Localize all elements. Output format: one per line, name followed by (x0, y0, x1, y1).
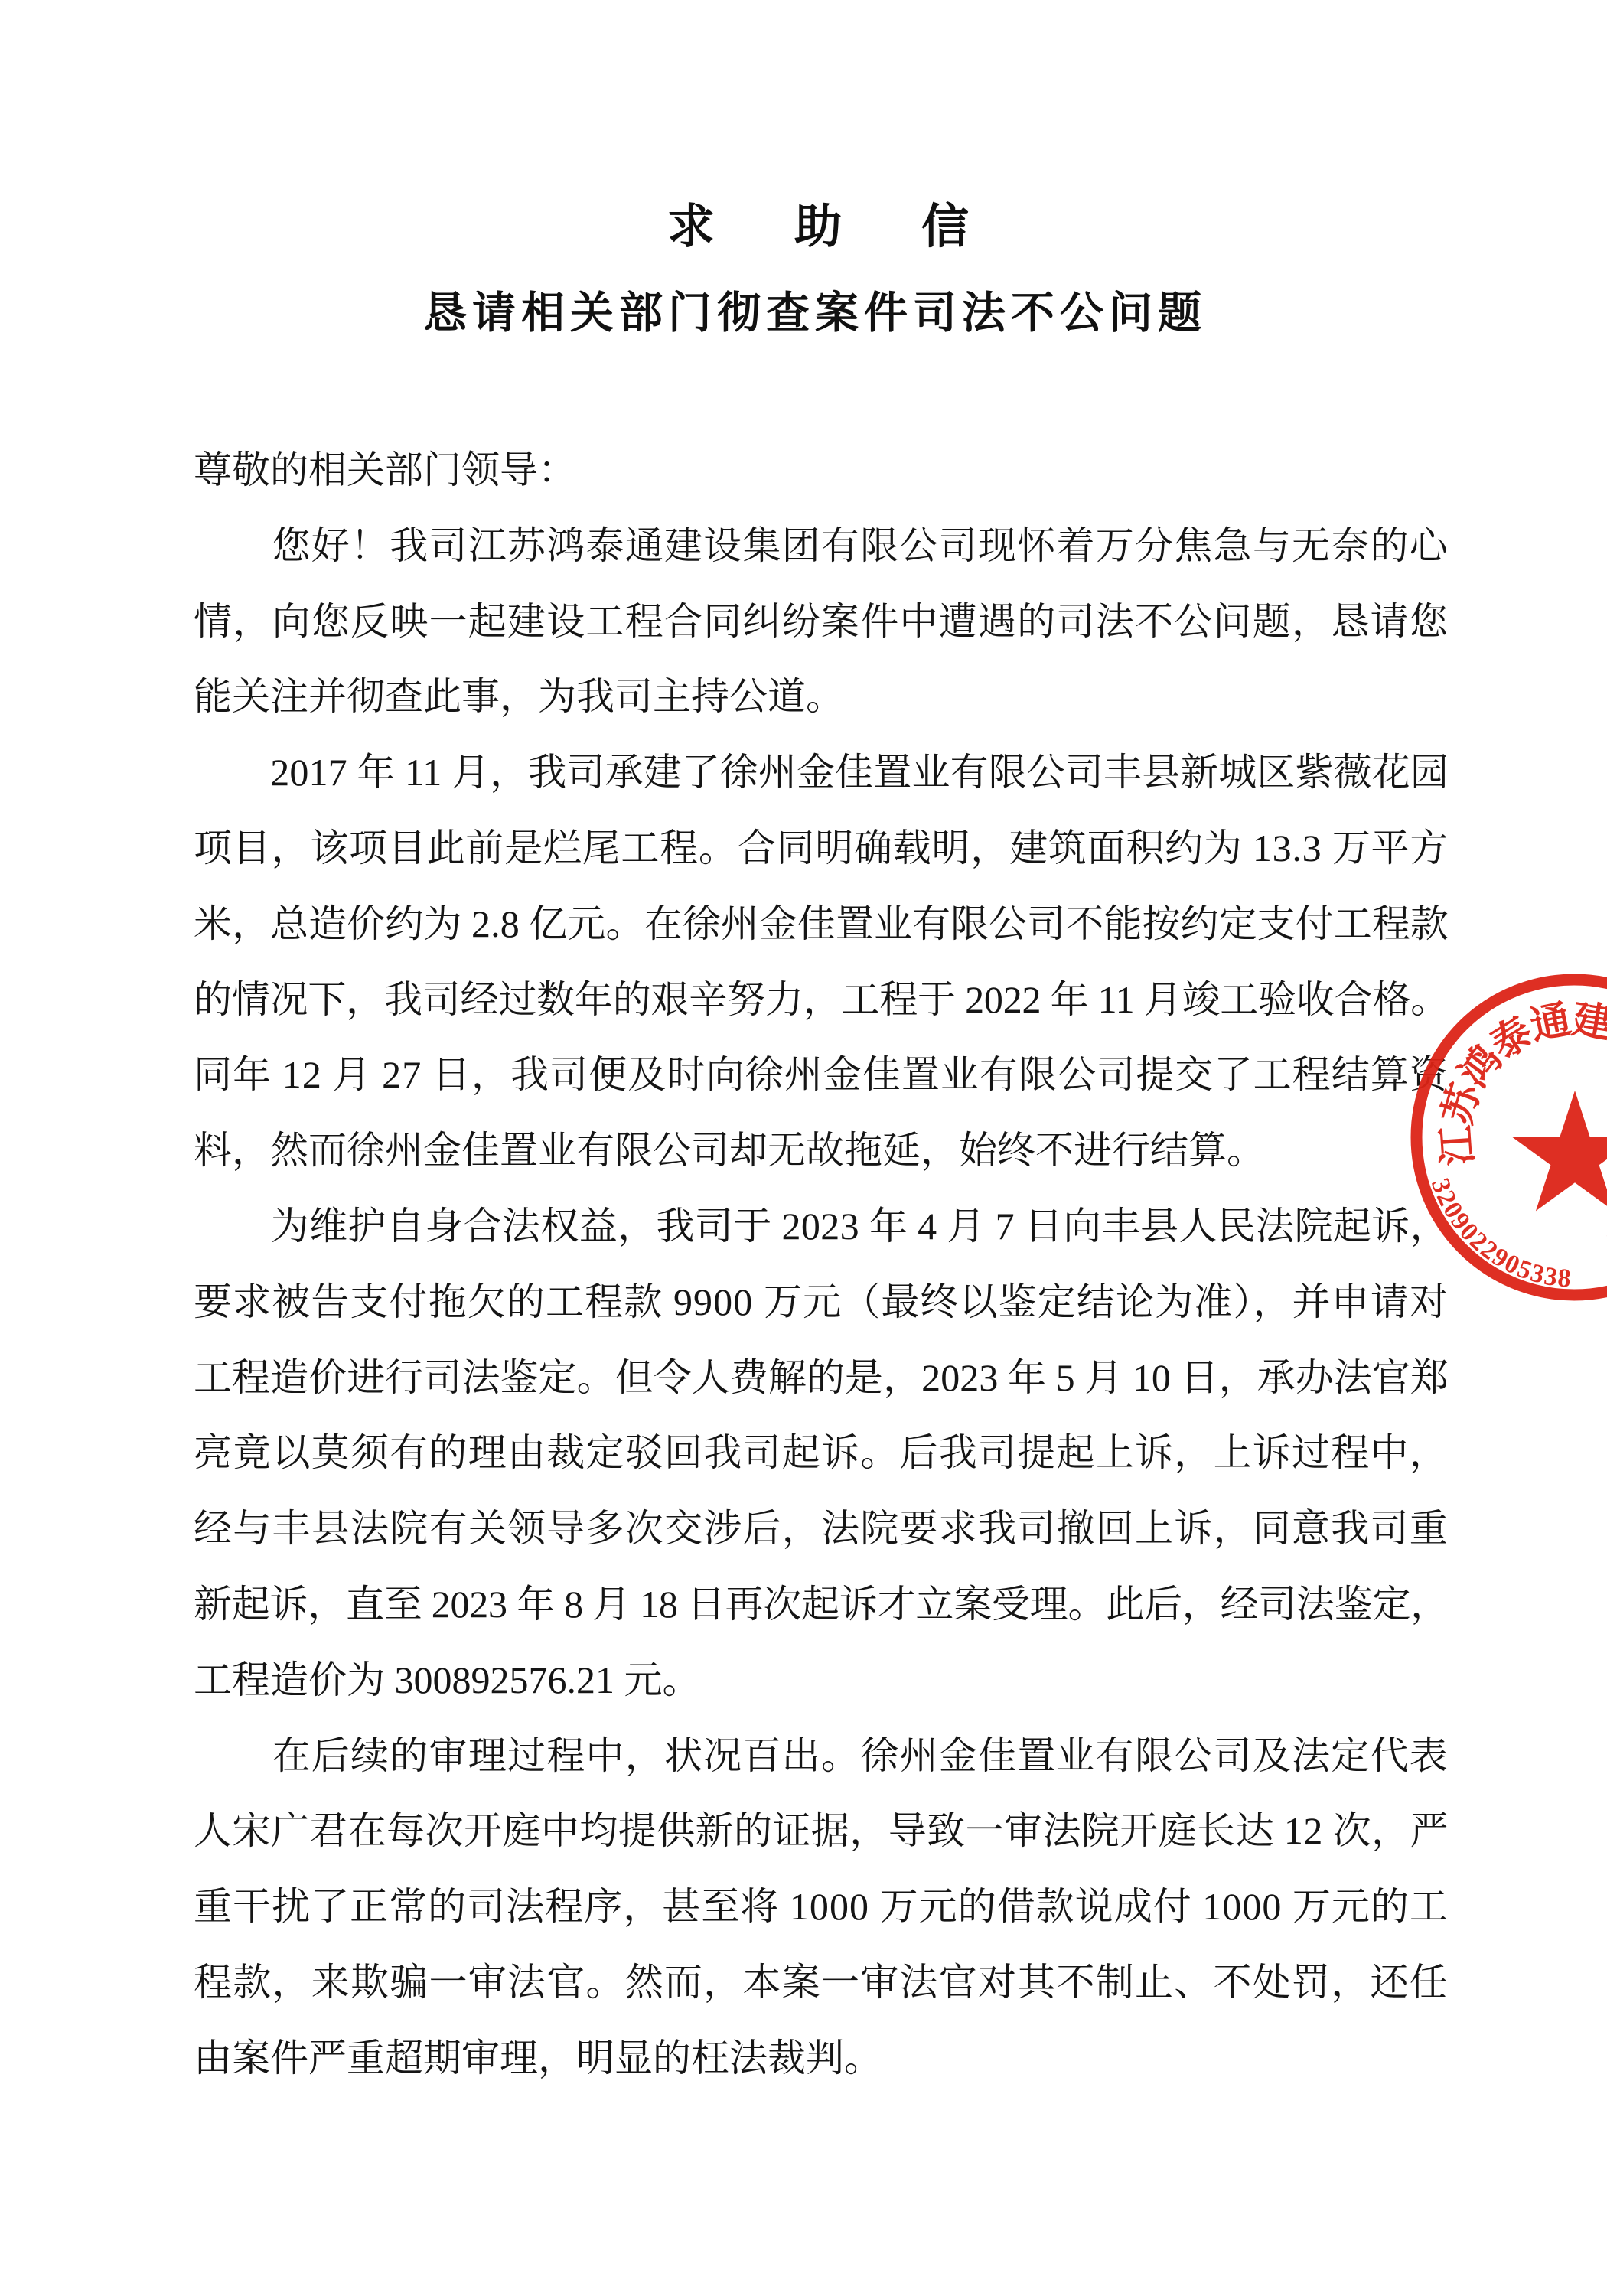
letter-line: 由案件严重超期审理，明显的枉法裁判。 (194, 2020, 1449, 2096)
letter-line: 您好！我司江苏鸿泰通建设集团有限公司现怀着万分焦急与无奈的心 (194, 508, 1449, 584)
letter-line: 的情况下，我司经过数年的艰辛努力，工程于 2022 年 11 月竣工验收合格。 (194, 962, 1449, 1038)
letter-line: 工程造价进行司法鉴定。但令人费解的是，2023 年 5 月 10 日，承办法官郑 (194, 1340, 1449, 1416)
letter-line: 亮竟以莫须有的理由裁定驳回我司起诉。后我司提起上诉，上诉过程中， (194, 1415, 1449, 1491)
letter-line: 新起诉，直至 2023 年 8 月 18 日再次起诉才立案受理。此后，经司法鉴定… (194, 1567, 1449, 1642)
page-subtitle: 恳请相关部门彻查案件司法不公问题 (423, 290, 1207, 338)
star-icon (1511, 1091, 1607, 1211)
letter-line: 经与丰县法院有关领导多次交涉后，法院要求我司撤回上诉，同意我司重 (194, 1491, 1449, 1567)
letter-line: 在后续的审理过程中，状况百出。徐州金佳置业有限公司及法定代表 (194, 1718, 1449, 1794)
letter-line: 项目，该项目此前是烂尾工程。合同明确载明，建筑面积约为 13.3 万平方 (194, 810, 1449, 886)
letter-line: 同年 12 月 27 日，我司便及时向徐州金佳置业有限公司提交了工程结算资 (194, 1037, 1449, 1113)
letter-body: 尊敬的相关部门领导： 您好！我司江苏鸿泰通建设集团有限公司现怀着万分焦急与无奈的… (194, 432, 1449, 2096)
svg-text:司: 司 (1599, 1213, 1607, 1270)
svg-text:8: 8 (1556, 1264, 1572, 1293)
letter-page: 求助信 恳请相关部门彻查案件司法不公问题 尊敬的相关部门领导： 您好！我司江苏鸿… (0, 0, 1607, 2296)
letter-line: 程款，来欺骗一审法官。然而，本案一审法官对其不制止、不处罚，还任 (194, 1945, 1449, 2020)
page-title: 求助信 (667, 204, 1048, 251)
letter-line: 尊敬的相关部门领导： (194, 432, 1449, 508)
svg-text:建: 建 (1570, 997, 1607, 1047)
svg-text:江: 江 (1435, 1124, 1481, 1167)
letter-line: 料，然而徐州金佳置业有限公司却无故拖延，始终不进行结算。 (194, 1113, 1449, 1189)
letter-line: 2017 年 11 月，我司承建了徐州金佳置业有限公司丰县新城区紫薇花园 (194, 735, 1449, 810)
letter-line: 工程造价为 300892576.21 元。 (194, 1642, 1449, 1718)
svg-text:通: 通 (1527, 998, 1574, 1049)
letter-line: 情，向您反映一起建设工程合同纠纷案件中遭遇的司法不公问题，恳请您 (194, 584, 1449, 660)
letter-line: 米，总造价约为 2.8 亿元。在徐州金佳置业有限公司不能按约定支付工程款 (194, 886, 1449, 962)
letter-line: 重干扰了正常的司法程序，甚至将 1000 万元的借款说成付 1000 万元的工 (194, 1869, 1449, 1945)
letter-line: 人宋广君在每次开庭中均提供新的证据，导致一审法院开庭长达 12 次，严 (194, 1793, 1449, 1869)
letter-line: 能关注并彻查此事，为我司主持公道。 (194, 659, 1449, 735)
company-seal: 江苏鸿泰通建设集团有限公司 3209022905338 (1345, 908, 1607, 1367)
letter-line: 要求被告支付拖欠的工程款 9900 万元（最终以鉴定结论为准），并申请对 (194, 1264, 1449, 1340)
letter-line: 为维护自身合法权益，我司于 2023 年 4 月 7 日向丰县人民法院起诉， (194, 1189, 1449, 1264)
